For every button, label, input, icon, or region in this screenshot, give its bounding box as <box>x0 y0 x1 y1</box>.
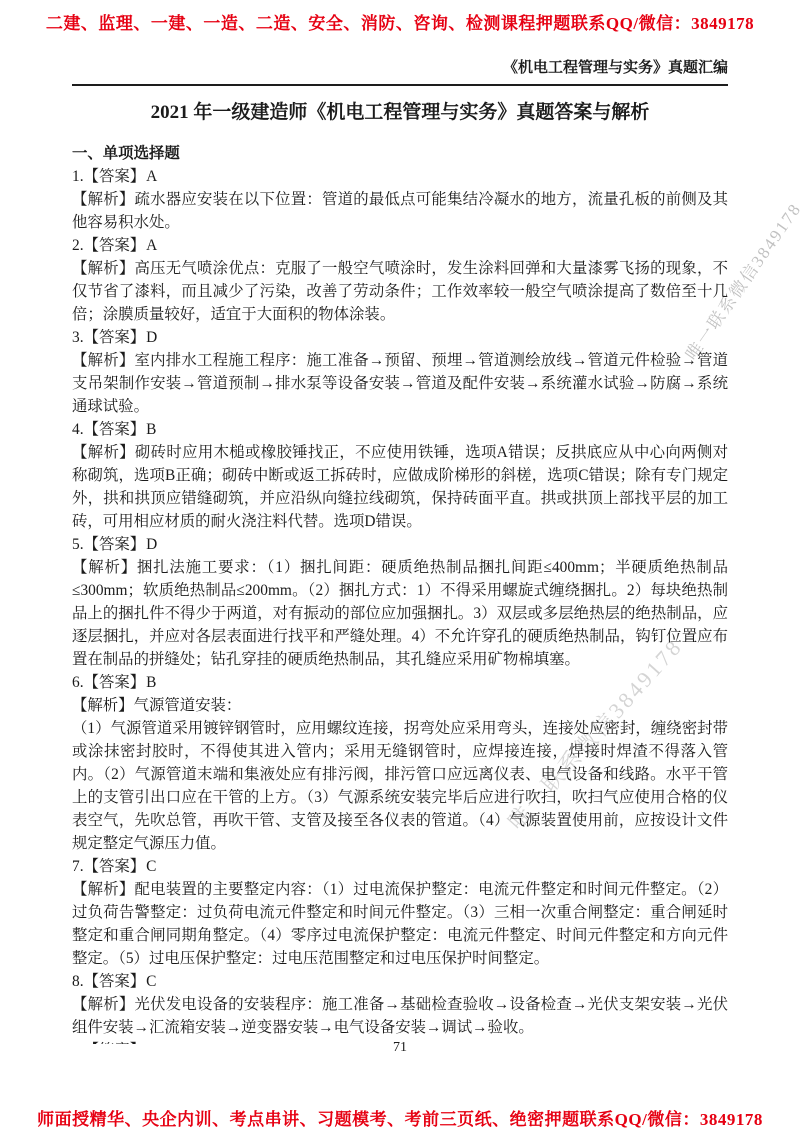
qa-item: 2.【答案】A 【解析】高压无气喷涂优点：克服了一般空气喷涂时，发生涂料回弹和大… <box>72 234 728 326</box>
answer-letter: B <box>145 421 156 438</box>
answer-line: 8.【答案】C <box>72 970 728 993</box>
analysis-text: （1）气源管道采用镀锌钢管时，应用螺纹连接，拐弯处应采用弯头，连接处应密封，缠绕… <box>72 720 728 852</box>
answer-letter: A <box>145 168 157 185</box>
question-number: 8. <box>72 973 84 990</box>
document-page: 二建、监理、一建、一造、二造、安全、消防、咨询、检测课程押题联系QQ/微信：38… <box>0 0 800 1132</box>
analysis-paragraph: 【解析】砌砖时应用木槌或橡胶锤找正，不应使用铁锤，选项A错误；反拱底应从中心向两… <box>72 441 728 533</box>
answer-label: 【答案】 <box>84 168 146 185</box>
analysis-label: 【解析】 <box>72 352 135 369</box>
qa-item: 8.【答案】C 【解析】光伏发电设备的安装程序：施工准备→基础检查验收→设备检查… <box>72 970 728 1039</box>
analysis-paragraph: （1）气源管道采用镀锌钢管时，应用螺纹连接，拐弯处应采用弯头，连接处应密封，缠绕… <box>72 717 728 855</box>
answer-label: 【答案】 <box>84 421 146 438</box>
analysis-label: 【解析】 <box>72 559 137 576</box>
answer-line: 4.【答案】B <box>72 418 728 441</box>
analysis-intro-line: 【解析】气源管道安装： <box>72 694 728 717</box>
analysis-paragraph: 【解析】配电装置的主要整定内容：（1）过电流保护整定：电流元件整定和时间元件整定… <box>72 878 728 970</box>
question-number: 4. <box>72 421 84 438</box>
answer-letter: D <box>145 536 157 553</box>
analysis-label: 【解析】 <box>72 444 135 461</box>
analysis-paragraph: 【解析】高压无气喷涂优点：克服了一般空气喷涂时，发生涂料回弹和大量漆雾飞扬的现象… <box>72 257 728 326</box>
question-number: 7. <box>72 858 84 875</box>
answer-label: 【答案】 <box>84 237 146 254</box>
qa-item: 3.【答案】D 【解析】室内排水工程施工程序：施工准备→预留、预埋→管道测绘放线… <box>72 326 728 418</box>
analysis-paragraph: 【解析】疏水器应安装在以下位置：管道的最低点可能集结冷凝水的地方，流量孔板的前侧… <box>72 188 728 234</box>
answer-line: 5.【答案】D <box>72 533 728 556</box>
answer-line: 7.【答案】C <box>72 855 728 878</box>
answer-letter: A <box>145 237 157 254</box>
qa-item: 1.【答案】A 【解析】疏水器应安装在以下位置：管道的最低点可能集结冷凝水的地方… <box>72 165 728 234</box>
page-number: 71 <box>0 1040 800 1056</box>
analysis-label: 【解析】 <box>72 697 134 714</box>
answer-letter: D <box>145 329 157 346</box>
qa-item: 4.【答案】B 【解析】砌砖时应用木槌或橡胶锤找正，不应使用铁锤，选项A错误；反… <box>72 418 728 533</box>
answer-letter: B <box>145 674 156 691</box>
analysis-text: 砌砖时应用木槌或橡胶锤找正，不应使用铁锤，选项A错误；反拱底应从中心向两侧对称砌… <box>72 444 728 530</box>
question-number: 6. <box>72 674 84 691</box>
question-number: 2. <box>72 237 84 254</box>
promo-banner-bottom: 师面授精华、央企内训、考点串讲、习题模考、考前三页纸、绝密押题联系QQ/微信：3… <box>0 1105 800 1130</box>
analysis-label: 【解析】 <box>72 260 135 277</box>
analysis-text: 疏水器应安装在以下位置：管道的最低点可能集结冷凝水的地方，流量孔板的前侧及其他容… <box>72 191 728 231</box>
answer-label: 【答案】 <box>84 973 146 990</box>
header-rule <box>72 84 728 86</box>
answers-content: 一、单项选择题 1.【答案】A 【解析】疏水器应安装在以下位置：管道的最低点可能… <box>72 142 728 1044</box>
qa-item: 5.【答案】D 【解析】捆扎法施工要求：（1）捆扎间距：硬质绝热制品捆扎间距≤4… <box>72 533 728 671</box>
answer-label: 【答案】 <box>84 536 146 553</box>
analysis-paragraph: 【解析】室内排水工程施工程序：施工准备→预留、预埋→管道测绘放线→管道元件检验→… <box>72 349 728 418</box>
question-number: 1. <box>72 168 84 185</box>
analysis-text: 捆扎法施工要求：（1）捆扎间距：硬质绝热制品捆扎间距≤400mm；半硬质绝热制品… <box>72 559 728 668</box>
analysis-text: 高压无气喷涂优点：克服了一般空气喷涂时，发生涂料回弹和大量漆雾飞扬的现象，不仅节… <box>72 260 728 323</box>
answer-letter: C <box>145 973 156 990</box>
question-number: 3. <box>72 329 84 346</box>
analysis-text: 光伏发电设备的安装程序：施工准备→基础检查验收→设备检查→光伏支架安装→光伏组件… <box>72 996 728 1036</box>
analysis-paragraph: 【解析】光伏发电设备的安装程序：施工准备→基础检查验收→设备检查→光伏支架安装→… <box>72 993 728 1039</box>
analysis-text: 配电装置的主要整定内容：（1）过电流保护整定：电流元件整定和时间元件整定。（2）… <box>72 881 728 967</box>
qa-item: 6.【答案】B 【解析】气源管道安装： （1）气源管道采用镀锌钢管时，应用螺纹连… <box>72 671 728 855</box>
analysis-label: 【解析】 <box>72 881 134 898</box>
answer-label: 【答案】 <box>84 329 146 346</box>
answer-letter: C <box>145 858 156 875</box>
answer-line: 6.【答案】B <box>72 671 728 694</box>
question-number: 5. <box>72 536 84 553</box>
page-title: 2021 年一级建造师《机电工程管理与实务》真题答案与解析 <box>0 97 800 124</box>
analysis-intro-text: 气源管道安装： <box>134 697 242 714</box>
edition-label: 《机电工程管理与实务》真题汇编 <box>72 56 728 77</box>
analysis-text: 室内排水工程施工程序：施工准备→预留、预埋→管道测绘放线→管道元件检验→管道支吊… <box>72 352 728 415</box>
answer-line: 2.【答案】A <box>72 234 728 257</box>
analysis-paragraph: 【解析】捆扎法施工要求：（1）捆扎间距：硬质绝热制品捆扎间距≤400mm；半硬质… <box>72 556 728 671</box>
analysis-label: 【解析】 <box>72 996 135 1013</box>
promo-banner-top: 二建、监理、一建、一造、二造、安全、消防、咨询、检测课程押题联系QQ/微信：38… <box>0 9 800 34</box>
answer-line: 1.【答案】A <box>72 165 728 188</box>
answer-label: 【答案】 <box>84 858 146 875</box>
answer-line: 3.【答案】D <box>72 326 728 349</box>
qa-item: 7.【答案】C 【解析】配电装置的主要整定内容：（1）过电流保护整定：电流元件整… <box>72 855 728 970</box>
answer-label: 【答案】 <box>84 674 146 691</box>
section-heading: 一、单项选择题 <box>72 142 728 165</box>
analysis-label: 【解析】 <box>72 191 135 208</box>
